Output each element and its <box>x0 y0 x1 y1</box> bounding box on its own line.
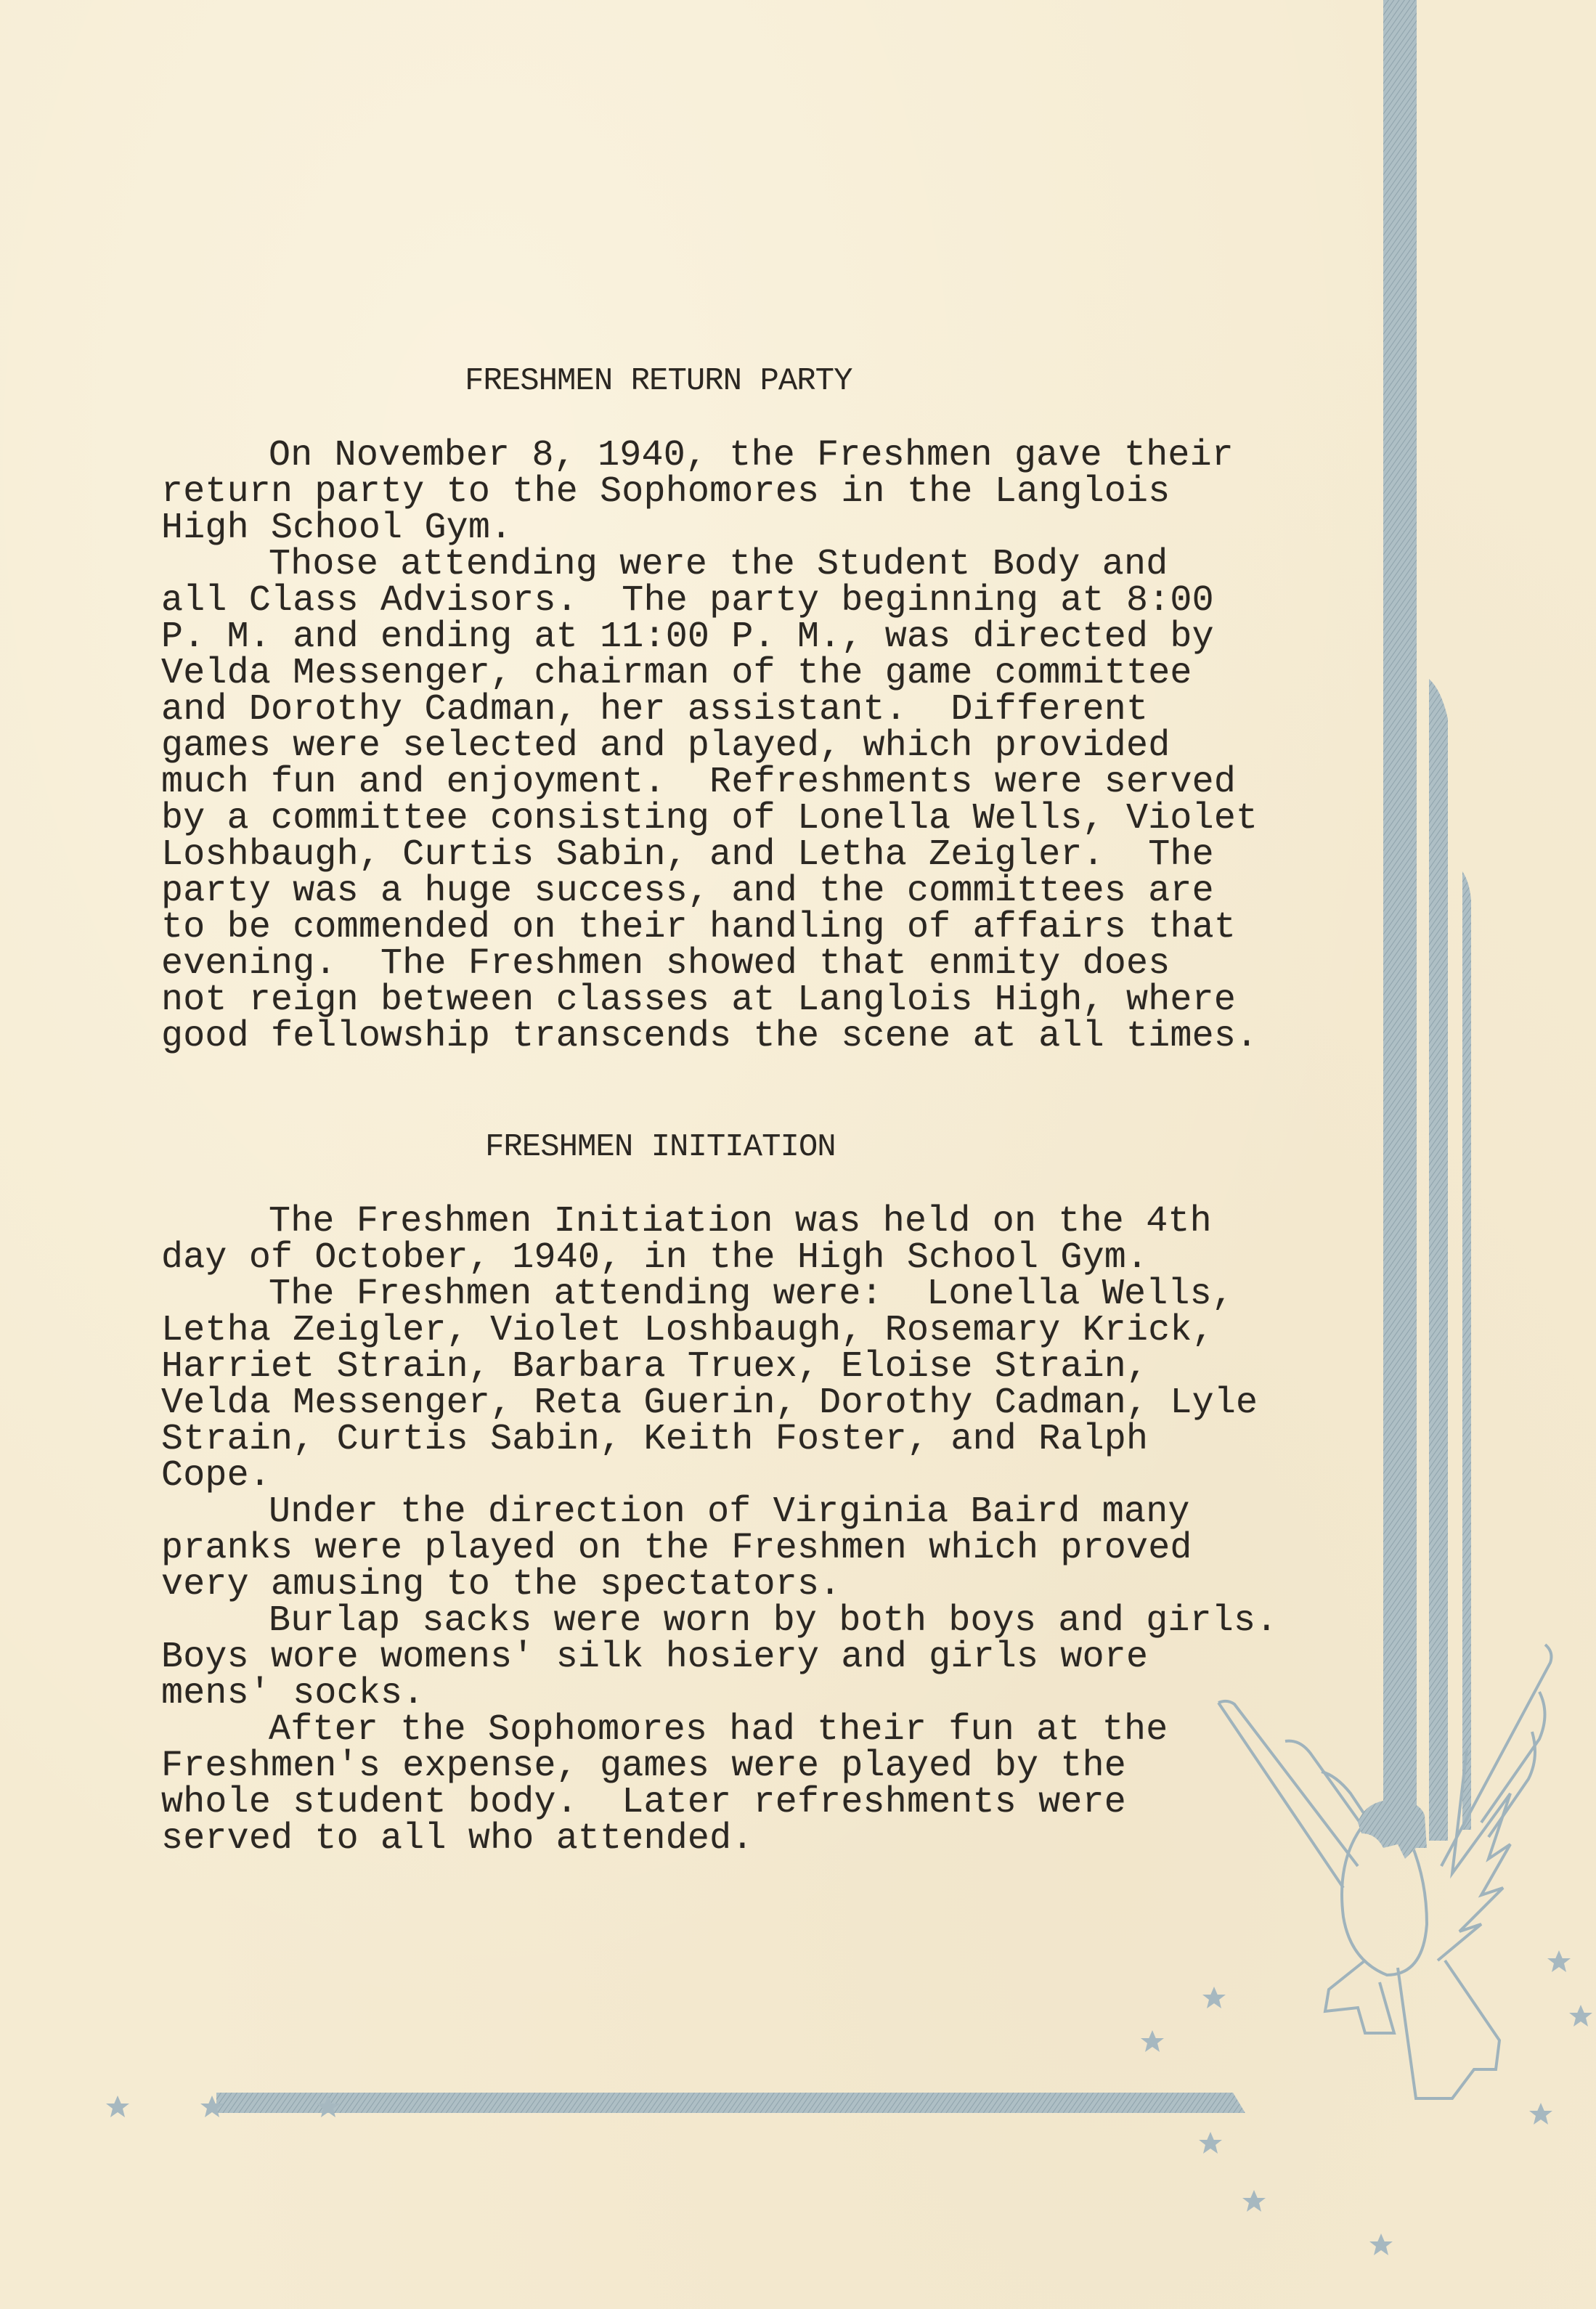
section-body-initiation: The Freshmen Initiation was held on the … <box>161 1204 1277 1857</box>
text-line: not reign between classes at Langlois Hi… <box>161 982 1258 1019</box>
text-line: whole student body. Later refreshments w… <box>161 1785 1277 1821</box>
text-line: evening. The Freshmen showed that enmity… <box>161 946 1258 982</box>
text-line: Velda Messenger, Reta Guerin, Dorothy Ca… <box>161 1385 1277 1422</box>
text-line: The Freshmen Initiation was held on the … <box>161 1204 1277 1240</box>
text-line: to be commended on their handling of aff… <box>161 910 1258 946</box>
text-line: After the Sophomores had their fun at th… <box>161 1712 1277 1748</box>
eagle-head-icon <box>1358 1799 1427 1859</box>
text-line: games were selected and played, which pr… <box>161 728 1258 765</box>
text-line: mens' socks. <box>161 1676 1277 1712</box>
text-line: High School Gym. <box>161 510 1258 547</box>
text-line: pranks were played on the Freshmen which… <box>161 1531 1277 1567</box>
text-line: Under the direction of Virginia Baird ma… <box>161 1494 1277 1531</box>
vertical-stripes-icon <box>1383 0 1471 1841</box>
text-line: good fellowship transcends the scene at … <box>161 1019 1258 1055</box>
text-line: Those attending were the Student Body an… <box>161 547 1258 583</box>
text-line: Boys wore womens' silk hosiery and girls… <box>161 1640 1277 1676</box>
text-line: party was a huge success, and the commit… <box>161 873 1258 910</box>
text-line: day of October, 1940, in the High School… <box>161 1240 1277 1276</box>
text-line: Strain, Curtis Sabin, Keith Foster, and … <box>161 1422 1277 1458</box>
text-line: Cope. <box>161 1458 1277 1494</box>
text-line: much fun and enjoyment. Refreshments wer… <box>161 765 1258 801</box>
text-line: On November 8, 1940, the Freshmen gave t… <box>161 438 1258 474</box>
text-line: Loshbaugh, Curtis Sabin, and Letha Zeigl… <box>161 837 1258 873</box>
text-line: Velda Messenger, chairman of the game co… <box>161 656 1258 692</box>
section-body-return-party: On November 8, 1940, the Freshmen gave t… <box>161 438 1258 1055</box>
section-title-initiation: FRESHMEN INITIATION <box>485 1129 836 1165</box>
text-line: served to all who attended. <box>161 1821 1277 1857</box>
text-line: Freshmen's expense, games were played by… <box>161 1748 1277 1785</box>
text-line: and Dorothy Cadman, her assistant. Diffe… <box>161 692 1258 728</box>
section-title-return-party: FRESHMEN RETURN PARTY <box>465 363 852 399</box>
text-line: return party to the Sophomores in the La… <box>161 474 1258 510</box>
horizontal-bar-icon <box>216 2093 1245 2113</box>
text-line: Harriet Strain, Barbara Truex, Eloise St… <box>161 1349 1277 1385</box>
text-line: The Freshmen attending were: Lonella Wel… <box>161 1276 1277 1313</box>
text-line: all Class Advisors. The party beginning … <box>161 583 1258 619</box>
text-line: P. M. and ending at 11:00 P. M., was dir… <box>161 619 1258 656</box>
text-line: Burlap sacks were worn by both boys and … <box>161 1603 1277 1640</box>
text-line: Letha Zeigler, Violet Loshbaugh, Rosemar… <box>161 1313 1277 1349</box>
text-line: very amusing to the spectators. <box>161 1567 1277 1603</box>
text-line: by a committee consisting of Lonella Wel… <box>161 801 1258 837</box>
